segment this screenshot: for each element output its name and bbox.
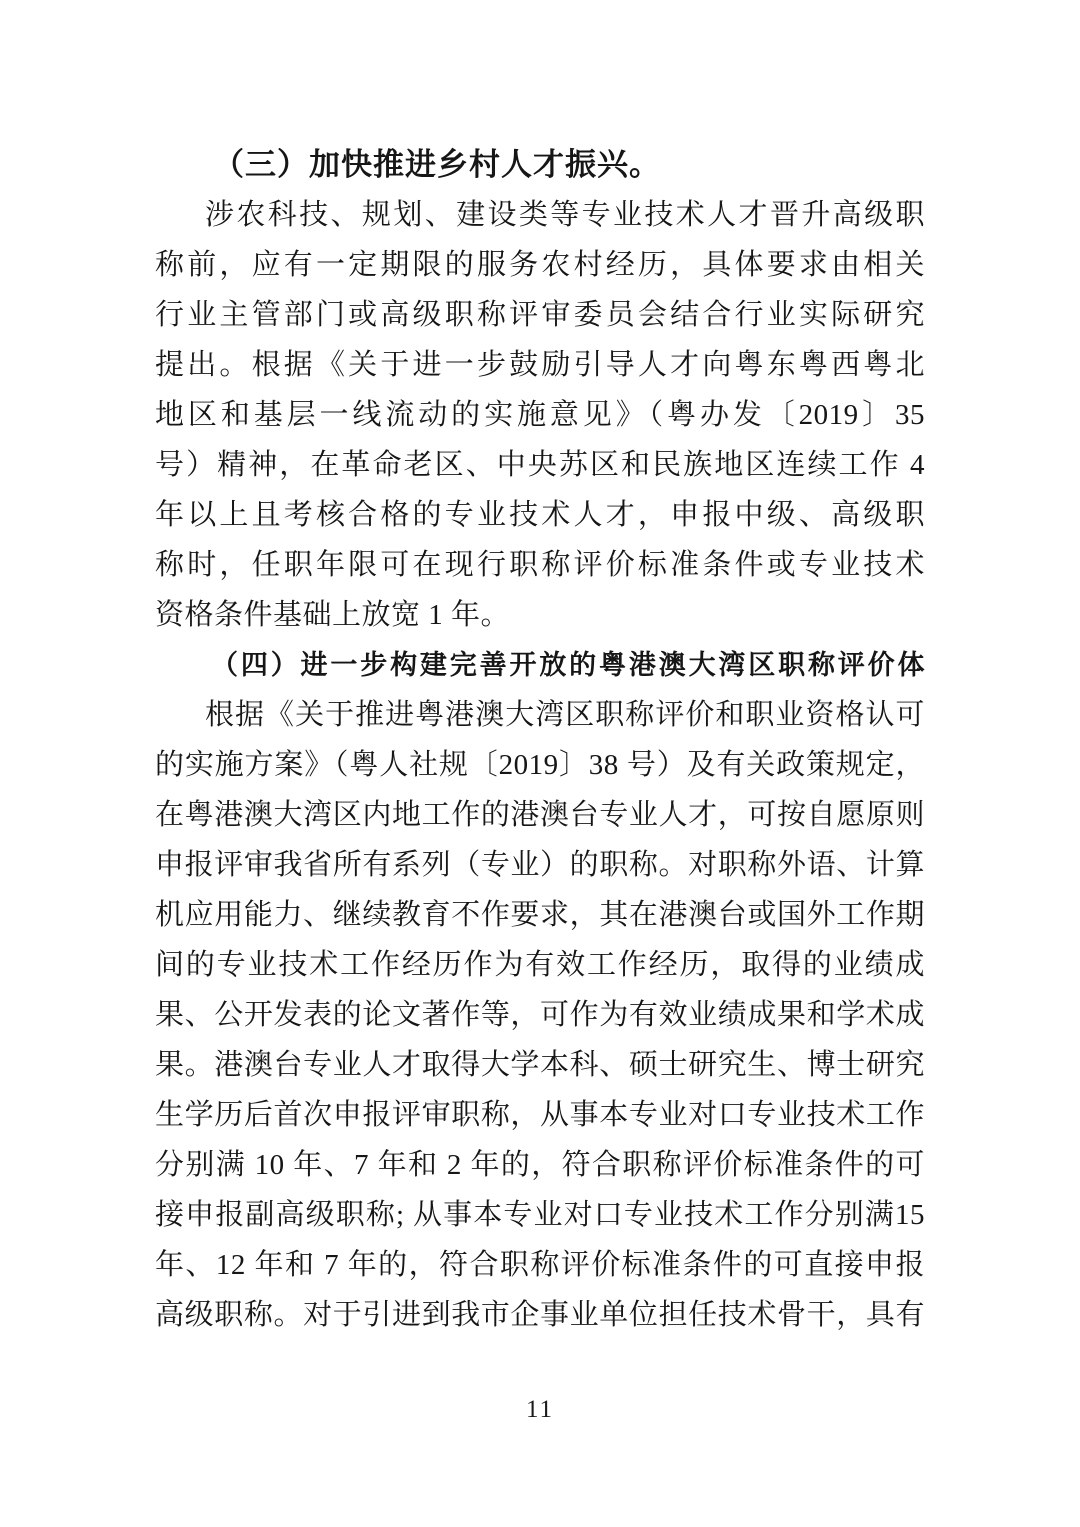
document-page: （三）加快推进乡村人才振兴。 涉农科技、规划、建设类等专业技术人才晋升高级职 称… bbox=[0, 0, 1080, 1527]
paragraph-line: 机应用能力、继续教育不作要求，其在港澳台或国外工作期 bbox=[155, 890, 925, 940]
page-number: 11 bbox=[0, 1396, 1080, 1424]
paragraph-line: 根据《关于推进粤港澳大湾区职称评价和职业资格认可 bbox=[155, 690, 925, 740]
paragraph-line: 分别满 10 年、7 年和 2 年的，符合职称评价标准条件的可直 bbox=[155, 1140, 925, 1190]
paragraph-line: 号）精神，在革命老区、中央苏区和民族地区连续工作 4 bbox=[155, 440, 925, 490]
section-3-heading: （三）加快推进乡村人才振兴。 bbox=[155, 140, 925, 190]
paragraph-line: 生学历后首次申报评审职称，从事本专业对口专业技术工作 bbox=[155, 1090, 925, 1140]
paragraph-line: 申报评审我省所有系列（专业）的职称。对职称外语、计算 bbox=[155, 840, 925, 890]
paragraph-line: 称前，应有一定期限的服务农村经历，具体要求由相关 bbox=[155, 240, 925, 290]
paragraph-line: 资格条件基础上放宽 1 年。 bbox=[155, 590, 925, 640]
paragraph-line: 果。港澳台专业人才取得大学本科、硕士研究生、博士研究 bbox=[155, 1040, 925, 1090]
paragraph-line: 年、12 年和 7 年的，符合职称评价标准条件的可直接申报正 bbox=[155, 1240, 925, 1290]
paragraph-line: 提出。根据《关于进一步鼓励引导人才向粤东粤西粤北 bbox=[155, 340, 925, 390]
paragraph-line: 的实施方案》（粤人社规〔2019〕38 号）及有关政策规定， bbox=[155, 740, 925, 790]
paragraph-line: 间的专业技术工作经历作为有效工作经历，取得的业绩成 bbox=[155, 940, 925, 990]
paragraph-line: 果、公开发表的论文著作等，可作为有效业绩成果和学术成 bbox=[155, 990, 925, 1040]
paragraph-line: 在粤港澳大湾区内地工作的港澳台专业人才，可按自愿原则 bbox=[155, 790, 925, 840]
paragraph-line: 地区和基层一线流动的实施意见》（粤办发〔2019〕35 bbox=[155, 390, 925, 440]
document-body: （三）加快推进乡村人才振兴。 涉农科技、规划、建设类等专业技术人才晋升高级职 称… bbox=[155, 140, 925, 1340]
paragraph-line: 接申报副高级职称; 从事本专业对口专业技术工作分别满15 bbox=[155, 1190, 925, 1240]
paragraph-line: 称时，任职年限可在现行职称评价标准条件或专业技术 bbox=[155, 540, 925, 590]
paragraph-line: 行业主管部门或高级职称评审委员会结合行业实际研究 bbox=[155, 290, 925, 340]
paragraph-line: 涉农科技、规划、建设类等专业技术人才晋升高级职 bbox=[155, 190, 925, 240]
paragraph-line: 年以上且考核合格的专业技术人才，申报中级、高级职 bbox=[155, 490, 925, 540]
paragraph-line: 高级职称。对于引进到我市企事业单位担任技术骨干，具有 bbox=[155, 1290, 925, 1340]
section-4-heading: （四）进一步构建完善开放的粤港澳大湾区职称评价体系。 bbox=[155, 640, 925, 690]
